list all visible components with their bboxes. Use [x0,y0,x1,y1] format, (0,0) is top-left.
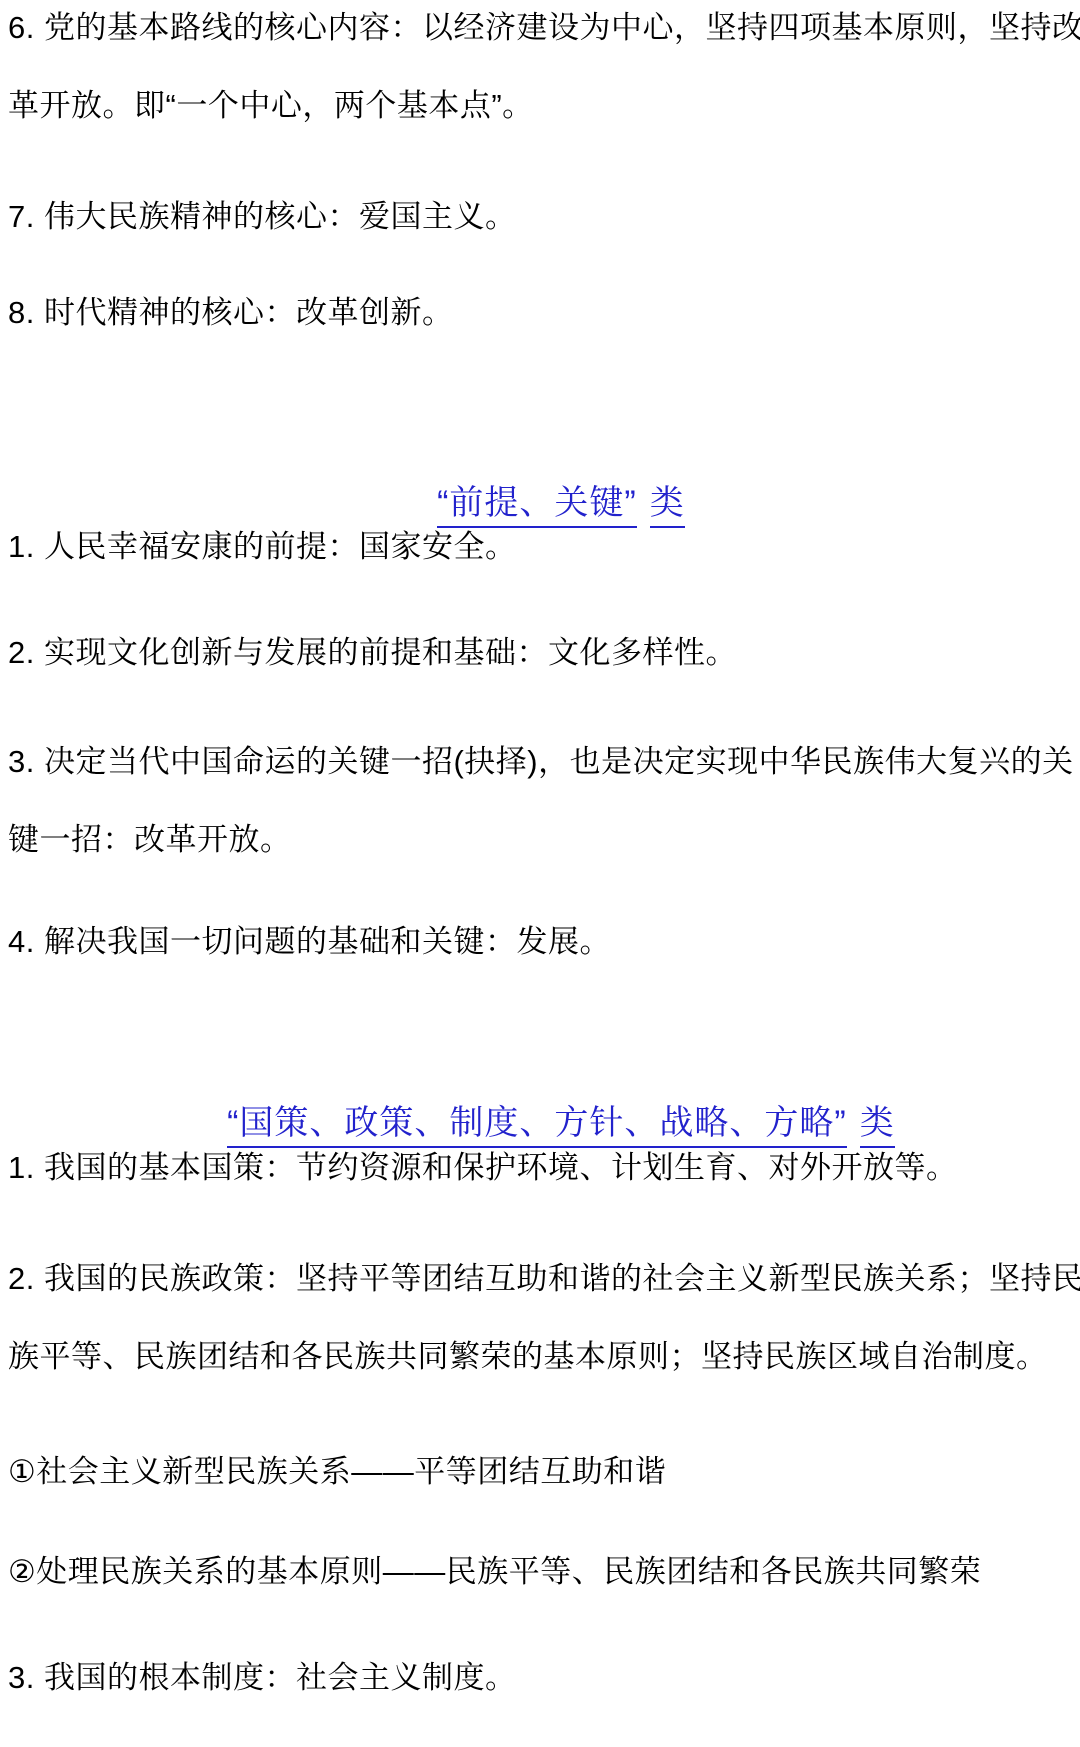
text-line: 2. 我国的民族政策：坚持平等团结互助和谐的社会主义新型民族关系；坚持民 [8,1240,1072,1318]
item-happiness-premise: 1. 人民幸福安康的前提：国家安全。 [8,508,1072,586]
item-fundamental-system: 3. 我国的根本制度：社会主义制度。 [8,1639,1072,1717]
text-line: 4. 解决我国一切问题的基础和关键：发展。 [8,903,1072,981]
item-ethnic-policy: 2. 我国的民族政策：坚持平等团结互助和谐的社会主义新型民族关系；坚持民 族平等… [8,1240,1072,1396]
item-party-basic-line-core: 6. 党的基本路线的核心内容：以经济建设为中心，坚持四项基本原则，坚持改 革开放… [8,0,1072,145]
item-ethnic-relations-type: ①社会主义新型民族关系——平等团结互助和谐 [8,1433,1072,1511]
text-line: ②处理民族关系的基本原则——民族平等、民族团结和各民族共同繁荣 [8,1533,1072,1611]
item-national-spirit-core: 7. 伟大民族精神的核心：爱国主义。 [8,178,1072,256]
text-line: 3. 决定当代中国命运的关键一招(抉择)，也是决定实现中华民族伟大复兴的关 [8,723,1072,801]
item-era-spirit-core: 8. 时代精神的核心：改革创新。 [8,274,1072,352]
item-basic-national-policies: 1. 我国的基本国策：节约资源和保护环境、计划生育、对外开放等。 [8,1129,1072,1207]
heading-premise-key-category: “前提、关键”类 [8,386,1072,464]
heading-policy-system-category: “国策、政策、制度、方针、战略、方略”类 [8,1006,1072,1084]
text-line: 2. 实现文化创新与发展的前提和基础：文化多样性。 [8,614,1072,692]
text-line: 8. 时代精神的核心：改革创新。 [8,274,1072,352]
text-line: 革开放。即“一个中心，两个基本点”。 [8,67,1072,145]
item-ethnic-relations-principle: ②处理民族关系的基本原则——民族平等、民族团结和各民族共同繁荣 [8,1533,1072,1611]
item-culture-innovation-premise: 2. 实现文化创新与发展的前提和基础：文化多样性。 [8,614,1072,692]
text-line: 6. 党的基本路线的核心内容：以经济建设为中心，坚持四项基本原则，坚持改 [8,0,1072,67]
document-page: 6. 党的基本路线的核心内容：以经济建设为中心，坚持四项基本原则，坚持改 革开放… [0,0,1080,1747]
item-key-move-reform-opening: 3. 决定当代中国命运的关键一招(抉择)，也是决定实现中华民族伟大复兴的关 键一… [8,723,1072,879]
text-line: 族平等、民族团结和各民族共同繁荣的基本原则；坚持民族区域自治制度。 [8,1318,1072,1396]
item-development-basis-key: 4. 解决我国一切问题的基础和关键：发展。 [8,903,1072,981]
text-line: 1. 我国的基本国策：节约资源和保护环境、计划生育、对外开放等。 [8,1129,1072,1207]
text-line: 键一招：改革开放。 [8,801,1072,879]
text-line: 3. 我国的根本制度：社会主义制度。 [8,1639,1072,1717]
text-line: 1. 人民幸福安康的前提：国家安全。 [8,508,1072,586]
text-line: 7. 伟大民族精神的核心：爱国主义。 [8,178,1072,256]
text-line: ①社会主义新型民族关系——平等团结互助和谐 [8,1433,1072,1511]
